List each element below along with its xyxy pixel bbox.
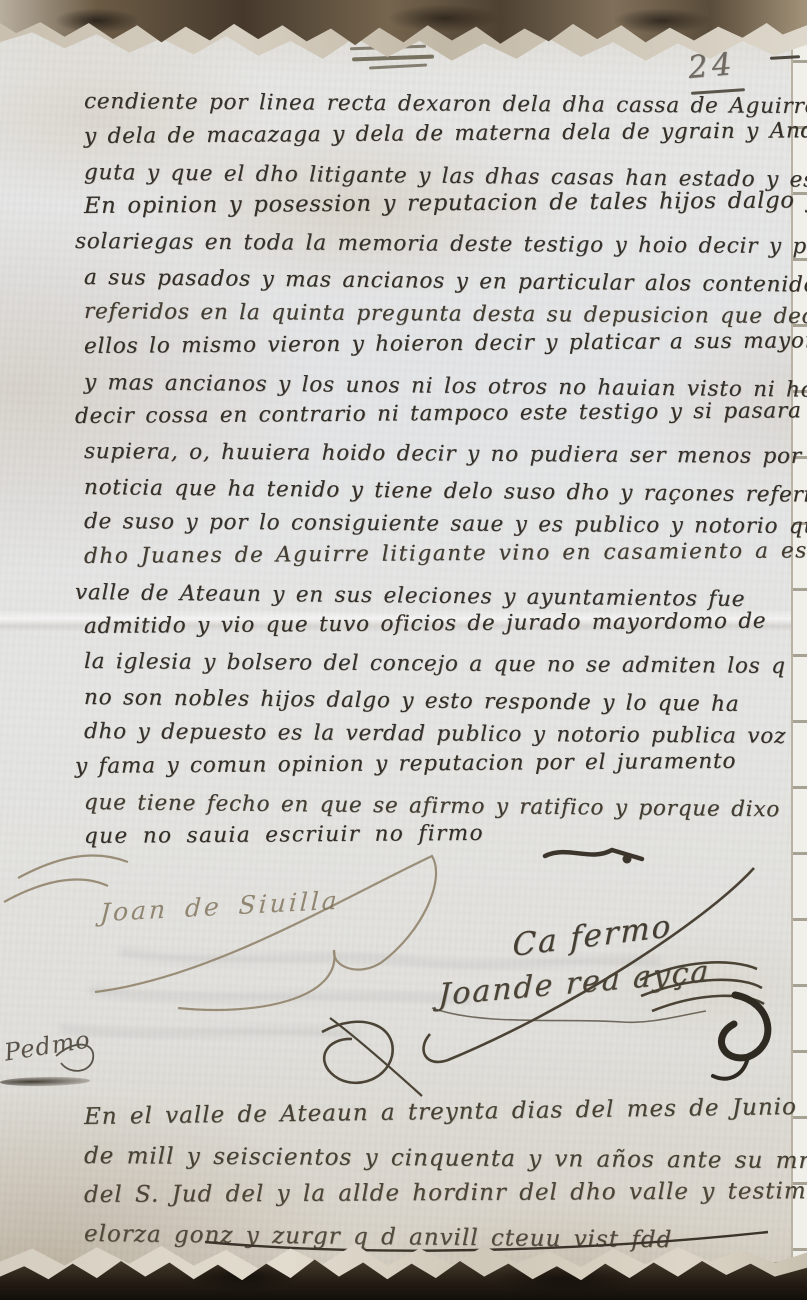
manuscript-line: supiera, o, huuiera hoido decir y no pud…	[84, 434, 796, 474]
manuscript-line: decir cossa en contrario ni tampoco este…	[75, 393, 796, 434]
manuscript-line: y fama y comun opinion y reputacion por …	[75, 743, 796, 784]
manuscript-scan: 24 cendiente por linea recta dexaron del…	[0, 0, 807, 1300]
manuscript-line: admitido y vio que tuvo oficios de jurad…	[84, 603, 796, 644]
manuscript-line: dho Juanes de Aguirre litigante vino en …	[84, 533, 796, 574]
manuscript-line: En opinion y posession y reputacion de t…	[84, 183, 796, 224]
manuscript-line: y dela de macazaga y dela de materna del…	[84, 113, 796, 154]
manuscript-line: la iglesia y bolsero del concejo a que n…	[84, 644, 796, 684]
manuscript-line: solariegas en toda la memoria deste test…	[75, 224, 796, 264]
manuscript-line: ellos lo mismo vieron y hoieron decir y …	[84, 323, 796, 364]
deposition-text-block: cendiente por linea recta dexaron dela d…	[84, 84, 796, 854]
